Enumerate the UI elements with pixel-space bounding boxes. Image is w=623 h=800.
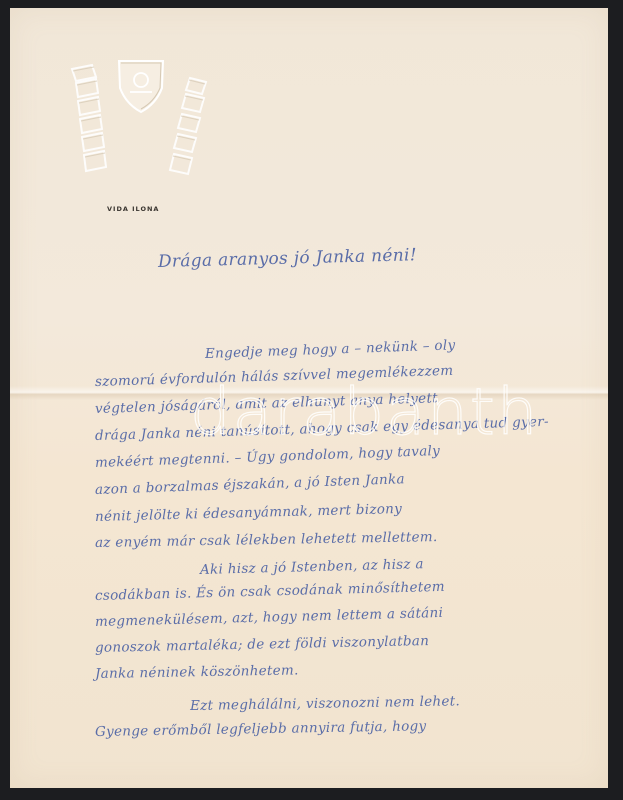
letter-line: Janka néninek köszönhetem. — [95, 662, 299, 682]
shield-crest-icon — [116, 58, 166, 114]
letter-paper: VIDA ILONA Drága aranyos jó Janka néni! … — [10, 8, 608, 788]
letter-line: gonoszok martaléka; de ezt földi viszony… — [95, 633, 429, 656]
left-carved-column-icon — [68, 63, 110, 173]
letter-line: Engedje meg hogy a – nekünk – oly — [205, 337, 456, 362]
letter-line: Aki hisz a jó Istenben, az hisz a — [200, 556, 424, 578]
letter-line: Gyenge erőmből legfeljebb annyira futja,… — [95, 718, 427, 740]
letter-line: mekéért megtenni. – Úgy gondolom, hogy t… — [95, 443, 441, 471]
letterhead-name: VIDA ILONA — [107, 205, 159, 213]
right-carved-column-icon — [168, 76, 210, 181]
letter-line: megmenekülésem, azt, hogy nem lettem a s… — [95, 605, 444, 630]
letter-salutation: Drága aranyos jó Janka néni! — [158, 245, 417, 272]
letter-line: nénit jelölte ki édesanyámnak, mert bizo… — [95, 501, 403, 525]
letter-line: drága Janka néni tanúsított, ahogy csak … — [95, 414, 549, 444]
letter-line: az enyém már csak lélekben lehetett mell… — [95, 529, 438, 551]
letter-line: azon a borzalmas éjszakán, a jó Isten Ja… — [95, 471, 405, 498]
letter-line: csodákban is. És ön csak csodának minősí… — [95, 579, 445, 604]
letter-line: Ezt meghálálni, viszonozni nem lehet. — [190, 693, 460, 714]
